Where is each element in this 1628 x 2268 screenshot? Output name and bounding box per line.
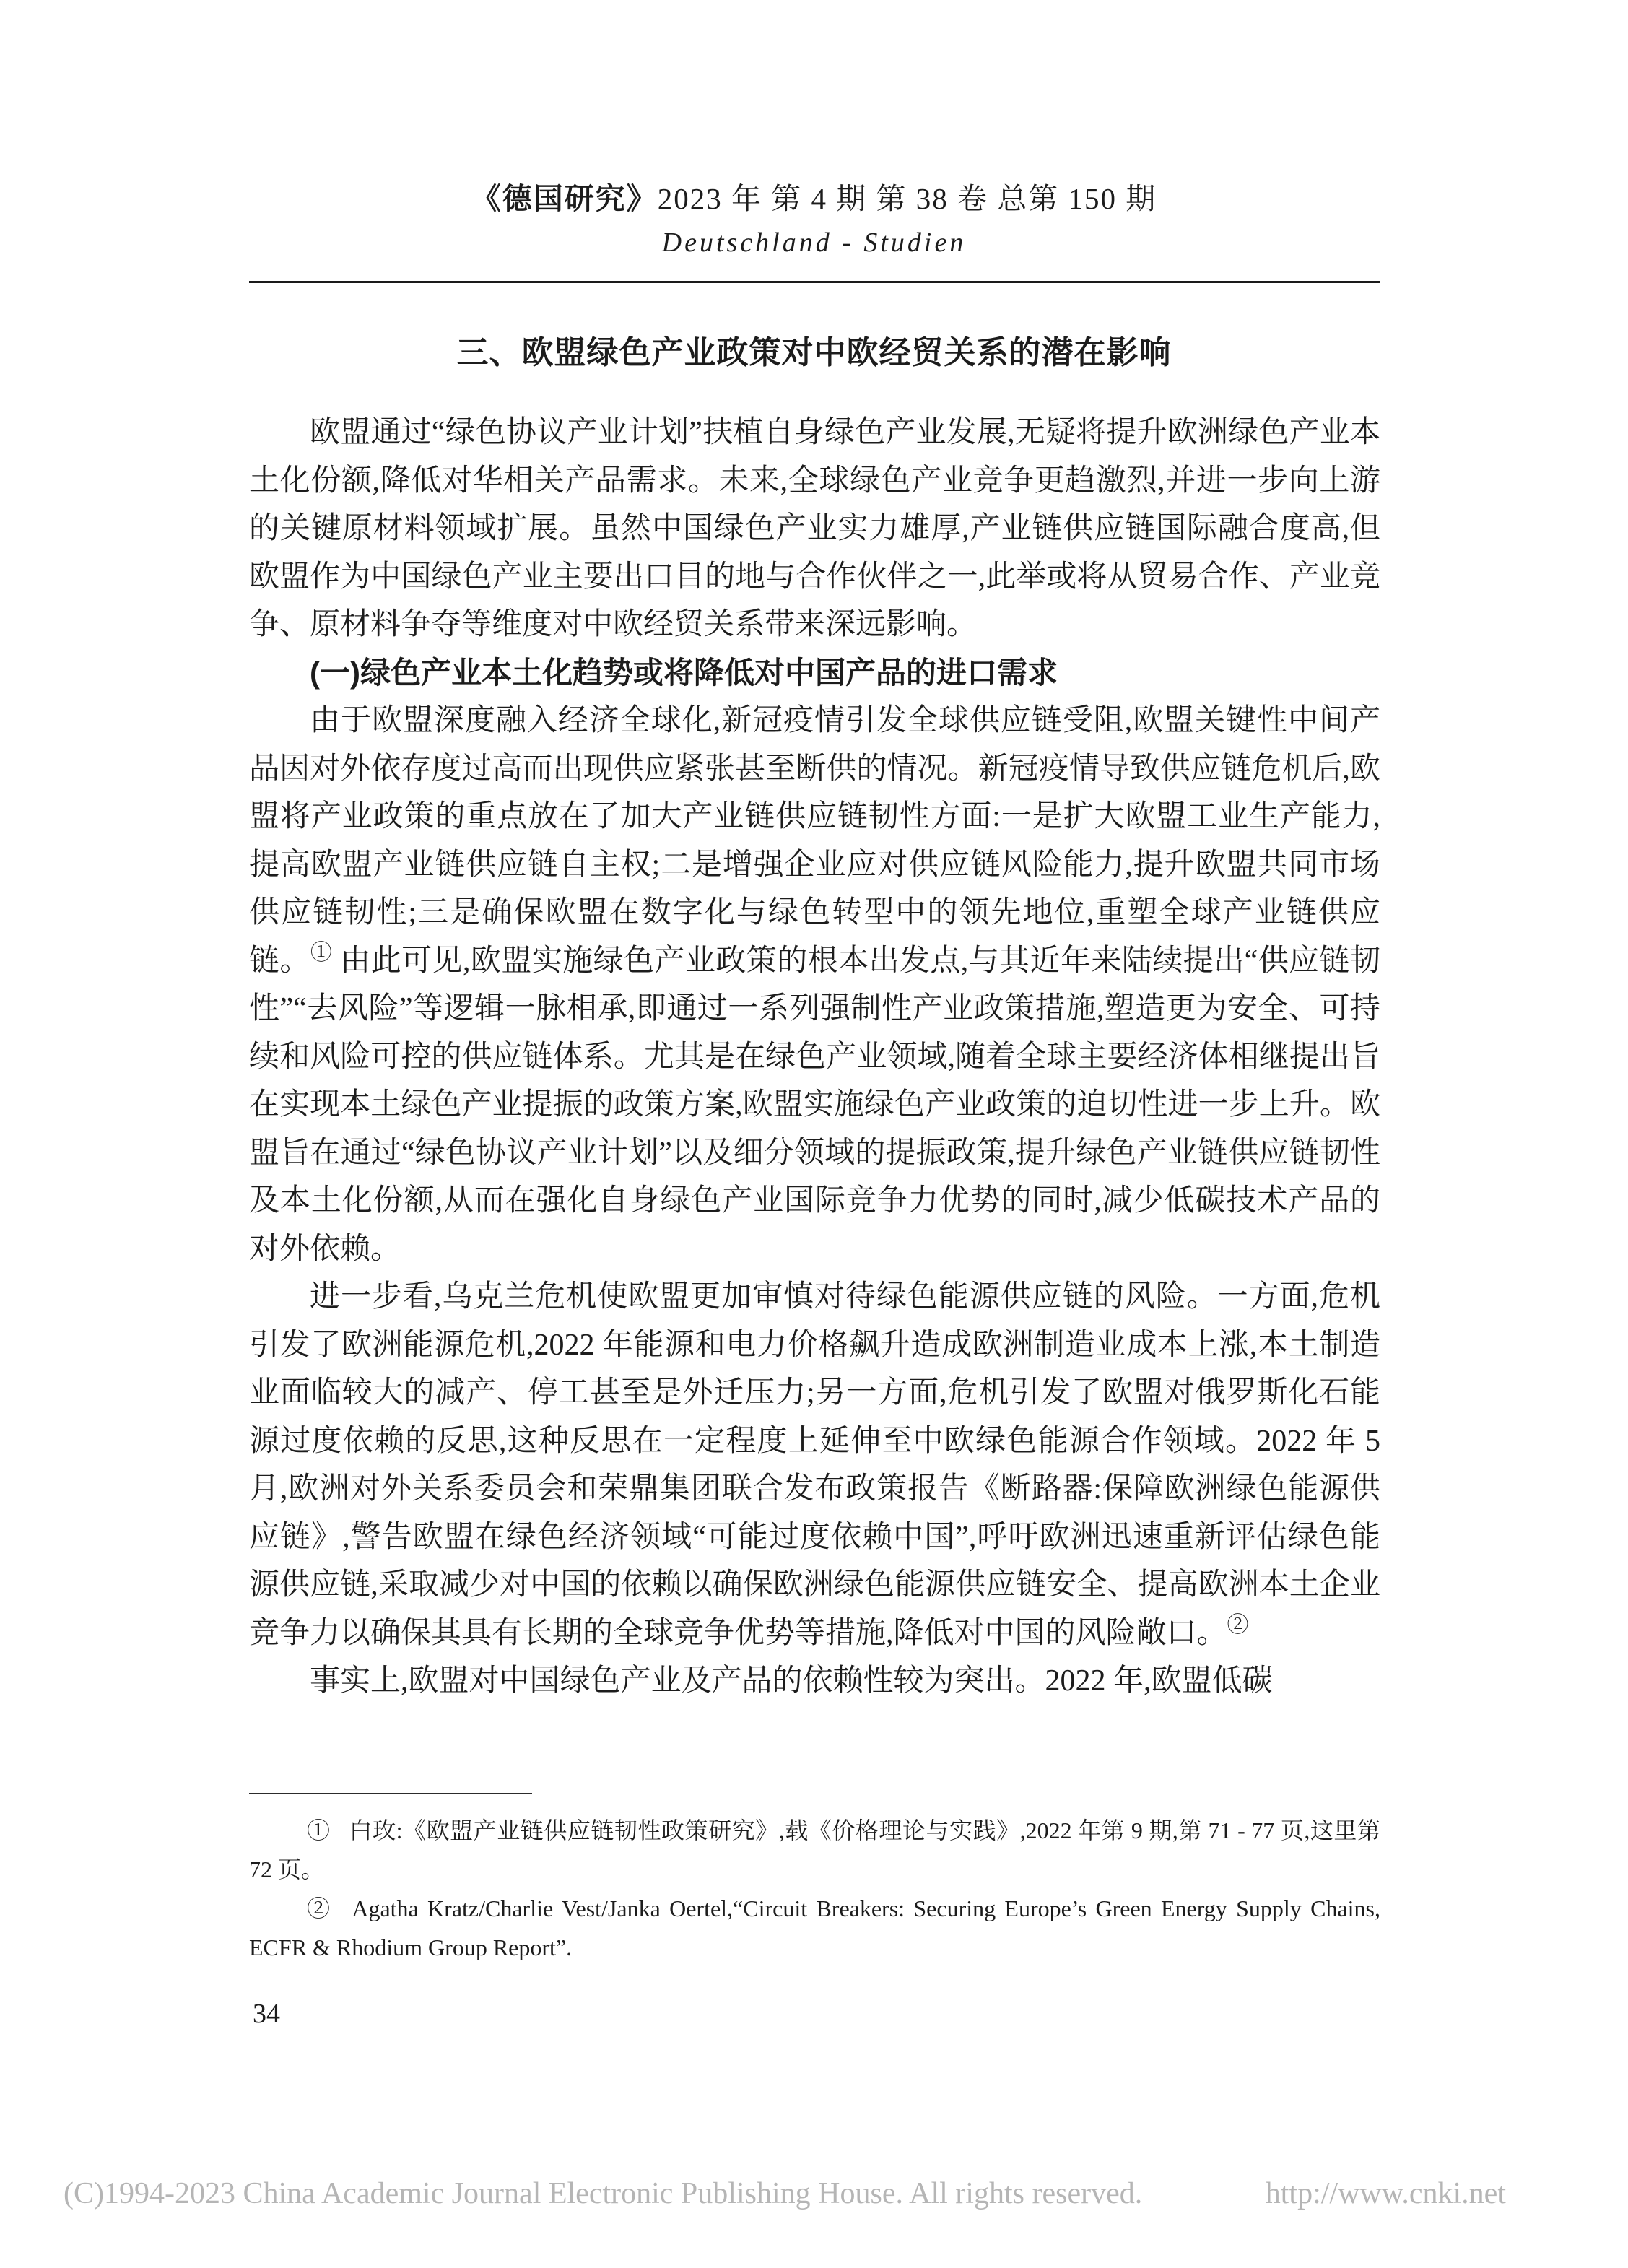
journal-header-line: 《德国研究》2023 年 第 4 期 第 38 卷 总第 150 期 xyxy=(0,182,1628,215)
footnote-1-text: 白玫:《欧盟产业链供应链韧性政策研究》,载《价格理论与实践》,2022 年第 9… xyxy=(249,1817,1380,1882)
paragraph-1: 欧盟通过“绿色协议产业计划”扶植自身绿色产业发展,无疑将提升欧洲绿色产业本土化份… xyxy=(249,409,1380,649)
paragraph-2: 由于欧盟深度融入经济全球化,新冠疫情引发全球供应链受阻,欧盟关键性中间产品因对外… xyxy=(249,697,1380,1273)
cnki-watermark: (C)1994-2023 China Academic Journal Elec… xyxy=(64,2176,1506,2211)
footnote-1-marker: ① xyxy=(307,1817,331,1843)
header-divider-rule xyxy=(249,281,1380,283)
paragraph-3: 进一步看,乌克兰危机使欧盟更加审慎对待绿色能源供应链的风险。一方面,危机引发了欧… xyxy=(249,1273,1380,1657)
page-number: 34 xyxy=(253,1999,280,2029)
paragraph-2-text: 由于欧盟深度融入经济全球化,新冠疫情引发全球供应链受阻,欧盟关键性中间产品因对外… xyxy=(249,704,1380,978)
watermark-url: http://www.cnki.net xyxy=(1266,2176,1506,2211)
paragraph-3-text: 进一步看,乌克兰危机使欧盟更加审慎对待绿色能源供应链的风险。一方面,危机引发了欧… xyxy=(249,1280,1380,1650)
footnote-ref-2: ② xyxy=(1227,1613,1249,1637)
subsection-heading: (一)绿色产业本土化趋势或将降低对中国产品的进口需求 xyxy=(249,649,1380,698)
paragraph-2-text-cont: 由此可见,欧盟实施绿色产业政策的根本出发点,与其近年来陆续提出“供应链韧性”“去… xyxy=(249,944,1380,1266)
journal-page: 《德国研究》2023 年 第 4 期 第 38 卷 总第 150 期 Deuts… xyxy=(0,0,1628,2268)
journal-subtitle: Deutschland - Studien xyxy=(0,228,1628,257)
footnote-2: ②Agatha Kratz/Charlie Vest/Janka Oertel,… xyxy=(249,1889,1380,1967)
footnote-1: ①白玫:《欧盟产业链供应链韧性政策研究》,载《价格理论与实践》,2022 年第 … xyxy=(249,1811,1380,1889)
watermark-copyright-text: (C)1994-2023 China Academic Journal Elec… xyxy=(64,2176,1142,2211)
footnote-ref-1: ① xyxy=(310,941,332,965)
section-title: 三、欧盟绿色产业政策对中欧经贸关系的潜在影响 xyxy=(0,335,1628,371)
footnote-2-marker: ② xyxy=(307,1895,333,1921)
footnote-2-text: Agatha Kratz/Charlie Vest/Janka Oertel,“… xyxy=(249,1895,1380,1960)
footnote-divider-rule xyxy=(249,1793,532,1794)
footnotes-section: ①白玫:《欧盟产业链供应链韧性政策研究》,载《价格理论与实践》,2022 年第 … xyxy=(249,1811,1380,1967)
paragraph-4: 事实上,欧盟对中国绿色产业及产品的依赖性较为突出。2022 年,欧盟低碳 xyxy=(249,1657,1380,1706)
journal-issue-info: 2023 年 第 4 期 第 38 卷 总第 150 期 xyxy=(658,182,1157,215)
article-body: 欧盟通过“绿色协议产业计划”扶植自身绿色产业发展,无疑将提升欧洲绿色产业本土化份… xyxy=(249,409,1380,1706)
journal-title: 《德国研究》 xyxy=(471,182,658,215)
